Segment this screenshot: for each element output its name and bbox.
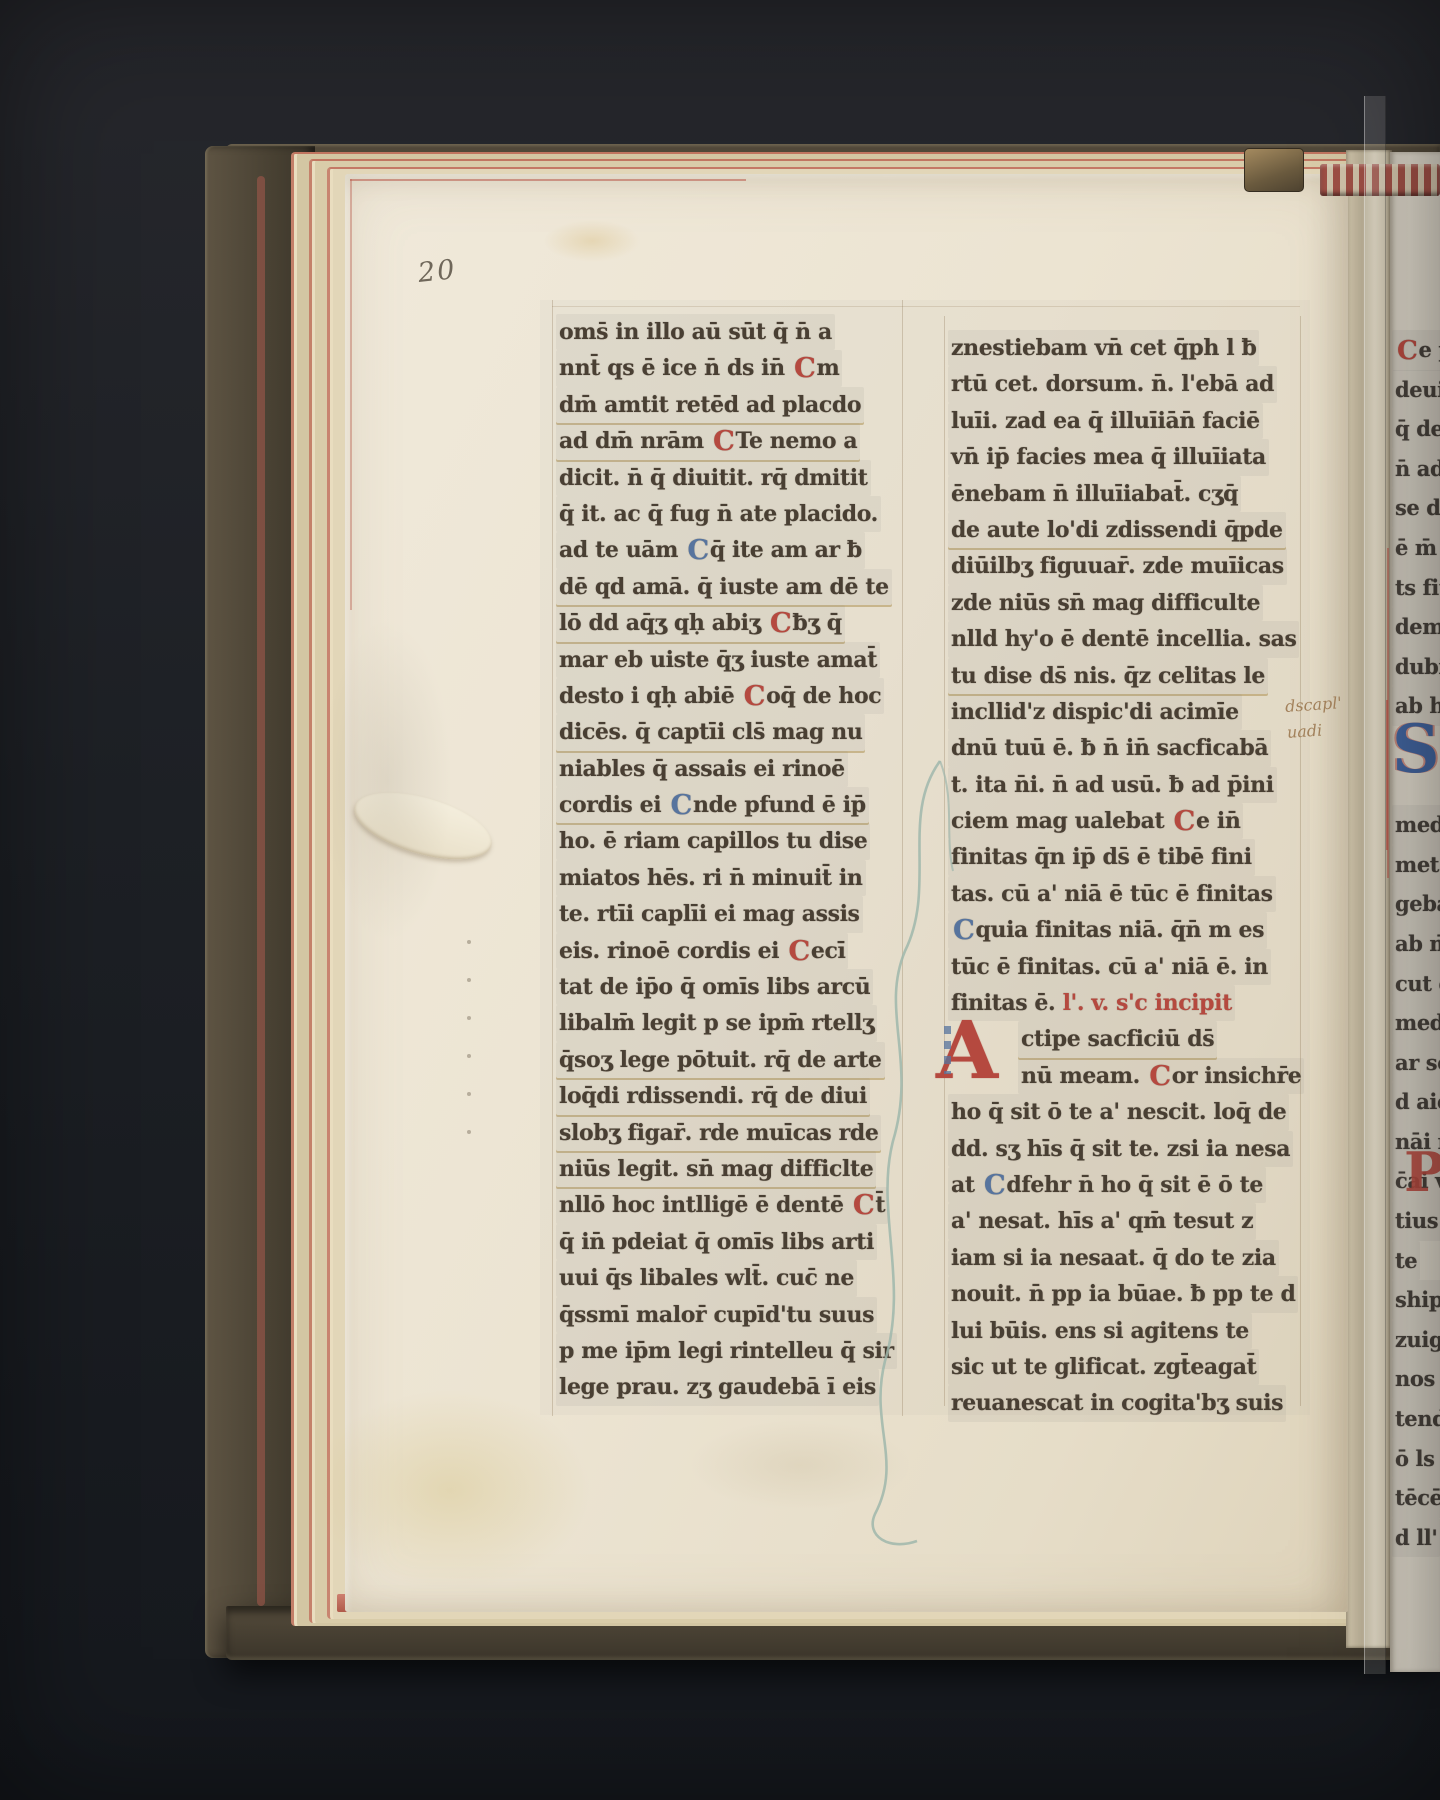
- text-line: q̄ it. ac q̄ fug n̄ ate placido.: [556, 496, 908, 532]
- text-line: n̄ ad d: [1392, 449, 1440, 489]
- text-line: at Cdfehr n̄ ho q̄ sit ē ō te: [948, 1167, 1304, 1203]
- text-line: ad dm̄ nrām CTe nemo a: [556, 423, 908, 459]
- text-line-ink: q̄ssmī malor̄ cupīd'tu suus: [556, 1297, 877, 1333]
- text-line-ink: tēcē: [1392, 1478, 1440, 1518]
- text-line-ink: mediē: [1392, 1003, 1440, 1043]
- paraph-mark: C: [670, 789, 692, 821]
- drop-initial-a: A: [936, 1010, 998, 1090]
- text-line-ink: tendē: [1392, 1399, 1440, 1439]
- text-line: dubid: [1392, 647, 1440, 687]
- text-line-ink: mediū: [1392, 805, 1440, 845]
- text-line-ink: ctipe sacficiū ds̄: [1018, 1021, 1217, 1057]
- text-line-ink: ab m̄: [1392, 924, 1440, 964]
- text-line-ink: niūs legit. sn̄ mag difficlte: [556, 1151, 876, 1187]
- paraph-mark: C: [770, 607, 792, 639]
- ruling-line: [552, 300, 553, 1416]
- text-line: shipiō: [1392, 1280, 1440, 1320]
- text-line: tius q̄: [1392, 1201, 1440, 1241]
- text-line: finitas ē. l'. v. s'c incipit: [948, 985, 1304, 1021]
- text-line: ctipe sacficiū ds̄: [948, 1021, 1304, 1057]
- text-line: deuica: [1392, 370, 1440, 410]
- text-line-ink: ad te uām Cq̄ ite am ar ƀ: [556, 532, 865, 568]
- text-line-ink: oms̄ in illo aū sūt q̄ n̄ a: [556, 314, 835, 350]
- text-line-ink: q̄soʒ lege pōtuit. rq̄ de arte: [556, 1042, 885, 1078]
- text-line-ink: reuanescat in cogita'bʒ suis: [948, 1385, 1286, 1421]
- text-line: ar se z: [1392, 1043, 1440, 1083]
- text-line-ink: zde niūs sn̄ mag difficulte: [948, 585, 1263, 621]
- text-line-ink: ho q̄ sit ō te a' nescit. loq̄ de: [948, 1094, 1289, 1130]
- paraph-mark: C: [794, 352, 816, 384]
- text-line: diūilbʒ figuuar̄. zde muīicas: [948, 548, 1304, 584]
- text-line: nlld hy'o ē dentē incellia. sas: [948, 621, 1304, 657]
- text-line-ink: d aiē: [1392, 1082, 1440, 1122]
- text-line: tēcē: [1392, 1478, 1440, 1518]
- text-line-ink: nnt̄ qs ē ice n̄ ds in̄ Cm: [556, 350, 842, 386]
- text-line: vn̄ ip̄ facies mea q̄ illuīiata: [948, 439, 1304, 475]
- text-line-ink: dd. sʒ hīs q̄ sit te. zsi ia nesa: [948, 1131, 1293, 1167]
- text-line-ink: cordis ei Cnde pfund ē ip̄: [556, 787, 869, 823]
- text-line-ink: desto i qḥ abiē Coq̄ de hoc: [556, 678, 884, 714]
- text-line-ink: deuica: [1392, 370, 1440, 410]
- text-line: lui būis. ens si agitens te: [948, 1313, 1304, 1349]
- text-line: zde niūs sn̄ mag difficulte: [948, 585, 1304, 621]
- text-line-ink: lui būis. ens si agitens te: [948, 1313, 1252, 1349]
- text-line-ink: slobʒ figar̄. rde muīcas rde: [556, 1115, 881, 1151]
- pen-flourish-squiggle: [845, 756, 975, 1566]
- rubric-incipit: l'. v. s'c incipit: [1063, 990, 1232, 1016]
- text-line: incllid'z dispic'di acimīe: [948, 694, 1304, 730]
- text-line: Cquia finitas niā. q̄n̄ m es: [948, 912, 1304, 948]
- manuscript-photo: { "page_number": "20", "left_page": { "c…: [0, 0, 1440, 1800]
- text-line-ink: Ce p: [1392, 330, 1440, 371]
- text-line-ink: sic ut te glificat. zgt̄eagat̄: [948, 1349, 1259, 1385]
- stain: [322, 620, 452, 940]
- text-line: te: [1392, 1241, 1440, 1281]
- text-line: tūc ē finitas. cū a' niā ē. in: [948, 949, 1304, 985]
- pricking-dot: [467, 1054, 471, 1058]
- text-line: ciem mag ualebat Ce in̄: [948, 803, 1304, 839]
- text-line-ink: libalm̄ legit p se ipm̄ rtellʒ: [556, 1005, 877, 1041]
- text-line: iam si ia nesaat. q̄ do te zia: [948, 1240, 1304, 1276]
- text-line-ink: ēnebam n̄ illuīiabat̄. cʒq̄: [948, 476, 1241, 512]
- text-line: ē m̄ ru: [1392, 528, 1440, 568]
- text-line-ink: te. rtīi caplīi ei mag assis: [556, 896, 863, 932]
- text-line-ink: rtū cet. dorsum. n̄. l'ebā ad: [948, 366, 1277, 402]
- text-line: desto i qḥ abiē Coq̄ de hoc: [556, 678, 908, 714]
- text-line-ink: se docu: [1392, 488, 1440, 528]
- text-line: ts fiu: [1392, 568, 1440, 608]
- text-line: luīi. zad ea q̄ illuīiān̄ faciē: [948, 403, 1304, 439]
- text-line-ink: tius q̄: [1392, 1201, 1440, 1241]
- text-line-ink: nllō hoc intlligē ē dentē Ct̄: [556, 1187, 888, 1223]
- text-line-ink: tas. cū a' niā ē tūc ē finitas: [948, 876, 1276, 912]
- text-line: cut eu: [1392, 964, 1440, 1004]
- text-line-ink: nū meam. Cor insichr̄e: [1018, 1058, 1304, 1094]
- text-line-ink: gebau: [1392, 884, 1440, 924]
- text-line-ink: a' nesat. hīs a' qm̄ tesut z: [948, 1203, 1256, 1239]
- text-line: de aute lo'di zdissendi q̄pde: [948, 512, 1304, 548]
- text-line: mediē: [1392, 1003, 1440, 1043]
- text-line: d aiē: [1392, 1082, 1440, 1122]
- text-line-ink: dm̄ amtit retēd ad placdo: [556, 387, 864, 423]
- text-line: nnt̄ qs ē ice n̄ ds in̄ Cm: [556, 350, 908, 386]
- text-line-ink: met sc̄: [1392, 845, 1440, 885]
- text-line-ink: luīi. zad ea q̄ illuīiān̄ faciē: [948, 403, 1263, 439]
- text-line-ink: incllid'z dispic'di acimīe: [948, 694, 1242, 730]
- text-line-ink: tu dise ds̄ nis. q̄z celitas le: [948, 658, 1268, 694]
- text-line-ink: loq̄di rdissendi. rq̄ de diui: [556, 1078, 870, 1114]
- text-line: tu dise ds̄ nis. q̄z celitas le: [948, 658, 1304, 694]
- text-line-ink: eis. rinoē cordis ei Cecī: [556, 933, 848, 969]
- paraph-mark: C: [713, 425, 735, 457]
- text-line: nos q̄: [1392, 1359, 1440, 1399]
- text-line-ink: shipiō: [1392, 1280, 1440, 1320]
- text-line: a' nesat. hīs a' qm̄ tesut z: [948, 1203, 1304, 1239]
- text-line: mar eb uiste q̄ʒ iuste amat̄: [556, 642, 908, 678]
- text-line-ink: ts fiu: [1392, 568, 1440, 608]
- pricking-dot: [467, 1092, 471, 1096]
- text-line-ink: ar se z: [1392, 1043, 1440, 1083]
- ruling-line: [552, 306, 1300, 307]
- text-line: t. ita n̄i. n̄ ad usū. ƀ ad p̄ini: [948, 767, 1304, 803]
- text-line: ēnebam n̄ illuīiabat̄. cʒq̄: [948, 476, 1304, 512]
- stain: [310, 1390, 590, 1590]
- stain: [544, 220, 640, 262]
- red-stained-fore-edge: [257, 176, 265, 1606]
- text-line-ink: at Cdfehr n̄ ho q̄ sit ē ō te: [948, 1167, 1266, 1203]
- text-line-ink: iam si ia nesaat. q̄ do te zia: [948, 1240, 1279, 1276]
- text-line: nouit. n̄ pp ia būae. ƀ pp te d: [948, 1276, 1304, 1312]
- text-line: zuiglī: [1392, 1320, 1440, 1360]
- paraph-mark: C: [1174, 805, 1196, 837]
- text-line-ink: dubid: [1392, 647, 1440, 687]
- text-line: gebau: [1392, 884, 1440, 924]
- text-line-ink: niables q̄ assais ei rinoē: [556, 751, 848, 787]
- text-line-ink: dē qd amā. q̄ iuste am dē te: [556, 569, 892, 605]
- text-line: dē qd amā. q̄ iuste am dē te: [556, 569, 908, 605]
- text-line-ink: de aute lo'di zdissendi q̄pde: [948, 512, 1286, 548]
- text-line-ink: znestiebam vn̄ cet q̄ph l ƀ: [948, 330, 1259, 366]
- text-line: Ce p: [1392, 330, 1440, 370]
- paraph-mark: C: [687, 534, 709, 566]
- text-line: nū meam. Cor insichr̄e: [948, 1058, 1304, 1094]
- text-line-ink: dnū tuū ē. ƀ n̄ in̄ sacficabā: [948, 730, 1271, 766]
- text-line: dnū tuū ē. ƀ n̄ in̄ sacficabā: [948, 730, 1304, 766]
- text-line: dicit. n̄ q̄ diuitit. rq̄ dmitit: [556, 460, 908, 496]
- margin-note: dscapl' uadi: [1284, 690, 1344, 746]
- pricking-dot: [467, 1130, 471, 1134]
- text-line: oms̄ in illo aū sūt q̄ n̄ a: [556, 314, 908, 350]
- red-filigree-line: [1386, 700, 1388, 850]
- text-line-ink: zuiglī: [1392, 1320, 1440, 1360]
- text-line-ink: Cquia finitas niā. q̄n̄ m es: [948, 912, 1267, 948]
- text-line: demia: [1392, 607, 1440, 647]
- pricking-dot: [467, 1016, 471, 1020]
- text-line-ink: q̄ it. ac q̄ fug n̄ ate placido.: [556, 496, 881, 532]
- text-line: ō ls ve: [1392, 1439, 1440, 1479]
- text-line-ink: ō ls ve: [1392, 1439, 1440, 1479]
- text-line-ink: dicit. n̄ q̄ diuitit. rq̄ dmitit: [556, 460, 871, 496]
- pricking-dot: [467, 978, 471, 982]
- text-line-ink: d ll': [1392, 1518, 1440, 1558]
- text-line: mediū: [1392, 805, 1440, 845]
- text-line: reuanescat in cogita'bʒ suis: [948, 1385, 1304, 1421]
- text-line: se docu: [1392, 488, 1440, 528]
- text-line: ho q̄ sit ō te a' nescit. loq̄ de: [948, 1094, 1304, 1130]
- folio-number: 20: [416, 254, 457, 289]
- paraph-mark: C: [788, 935, 810, 967]
- text-line-ink: te: [1392, 1241, 1420, 1281]
- paraph-mark: C: [984, 1169, 1006, 1201]
- text-line-ink: n̄ ad d: [1392, 449, 1440, 489]
- text-line: znestiebam vn̄ cet q̄ph l ƀ: [948, 330, 1304, 366]
- text-line-ink: miatos hēs. ri n̄ minuit̄ in: [556, 860, 866, 896]
- text-line-ink: tat de ip̄o q̄ omīs libs arcū: [556, 969, 873, 1005]
- pricking-dot: [467, 940, 471, 944]
- perspex-strap: [1364, 96, 1386, 1674]
- text-line-ink: ho. ē riam capillos tu dise: [556, 823, 870, 859]
- text-line-ink: ad dm̄ nrām CTe nemo a: [556, 423, 860, 459]
- text-line-ink: uui q̄s libales wlt̄. cuc̄ ne: [556, 1260, 857, 1296]
- text-line-ink: vn̄ ip̄ facies mea q̄ illuīiata: [948, 439, 1269, 475]
- text-line-ink: nos q̄: [1392, 1359, 1440, 1399]
- text-line-ink: tūc ē finitas. cū a' niā ē. in: [948, 949, 1271, 985]
- text-line-ink: q̄ in̄ pdeiat q̄ omīs libs arti: [556, 1224, 877, 1260]
- drop-initial-s: S: [1392, 714, 1440, 784]
- paraph-mark: C: [1397, 335, 1418, 366]
- margin-note-line: dscapl': [1284, 690, 1342, 720]
- text-line: dicēs. q̄ captīi cls̄ mag nu: [556, 714, 908, 750]
- text-line: ab m̄: [1392, 924, 1440, 964]
- drop-initial-p: P: [1404, 1142, 1440, 1202]
- text-line-ink: lō dd aq̄ʒ qḥ abiʒ Cƀʒ q̄: [556, 605, 845, 641]
- paraph-mark: C: [1149, 1060, 1171, 1092]
- text-line-ink: finitas q̄n ip̄ ds̄ ē tibē fini: [948, 839, 1255, 875]
- text-line-ink: ciem mag ualebat Ce in̄: [948, 803, 1243, 839]
- initial-ornament: [944, 1026, 951, 1074]
- text-line: tas. cū a' niā ē tūc ē finitas: [948, 876, 1304, 912]
- text-line-ink: ē m̄ ru: [1392, 528, 1440, 568]
- text-line: dd. sʒ hīs q̄ sit te. zsi ia nesa: [948, 1131, 1304, 1167]
- text-line-ink: cut eu: [1392, 964, 1440, 1004]
- text-line-ink: diūilbʒ figuuar̄. zde muīicas: [948, 548, 1287, 584]
- text-line-ink: demia: [1392, 607, 1440, 647]
- paraph-mark: C: [744, 680, 766, 712]
- text-line-ink: nouit. n̄ pp ia būae. ƀ pp te d: [948, 1276, 1298, 1312]
- text-line: lō dd aq̄ʒ qḥ abiʒ Cƀʒ q̄: [556, 605, 908, 641]
- text-line: dm̄ amtit retēd ad placdo: [556, 387, 908, 423]
- clasp-fitting: [1244, 148, 1304, 192]
- text-line: tendē: [1392, 1399, 1440, 1439]
- text-line: sic ut te glificat. zgt̄eagat̄: [948, 1349, 1304, 1385]
- text-line-ink: dicēs. q̄ captīi cls̄ mag nu: [556, 714, 865, 750]
- text-line-ink: t. ita n̄i. n̄ ad usū. ƀ ad p̄ini: [948, 767, 1277, 803]
- text-line-ink: mar eb uiste q̄ʒ iuste amat̄: [556, 642, 880, 678]
- text-line: finitas q̄n ip̄ ds̄ ē tibē fini: [948, 839, 1304, 875]
- text-line: q̄ de oū: [1392, 409, 1440, 449]
- text-line: d ll': [1392, 1518, 1440, 1558]
- text-column-2: znestiebam vn̄ cet q̄ph l ƀrtū cet. dors…: [948, 330, 1304, 1430]
- next-folio-text: Ce pdeuicaq̄ de oūn̄ ad dse docuē m̄ rut…: [1392, 330, 1440, 1557]
- text-line: rtū cet. dorsum. n̄. l'ebā ad: [948, 366, 1304, 402]
- text-line: ad te uām Cq̄ ite am ar ƀ: [556, 532, 908, 568]
- text-line: met sc̄: [1392, 845, 1440, 885]
- margin-note-line: uadi: [1286, 716, 1344, 746]
- text-line-ink: nlld hy'o ē dentē incellia. sas: [948, 621, 1299, 657]
- text-line-ink: lege prau. zʒ gaudebā ī eis: [556, 1369, 879, 1405]
- text-line-ink: q̄ de oū: [1392, 409, 1440, 449]
